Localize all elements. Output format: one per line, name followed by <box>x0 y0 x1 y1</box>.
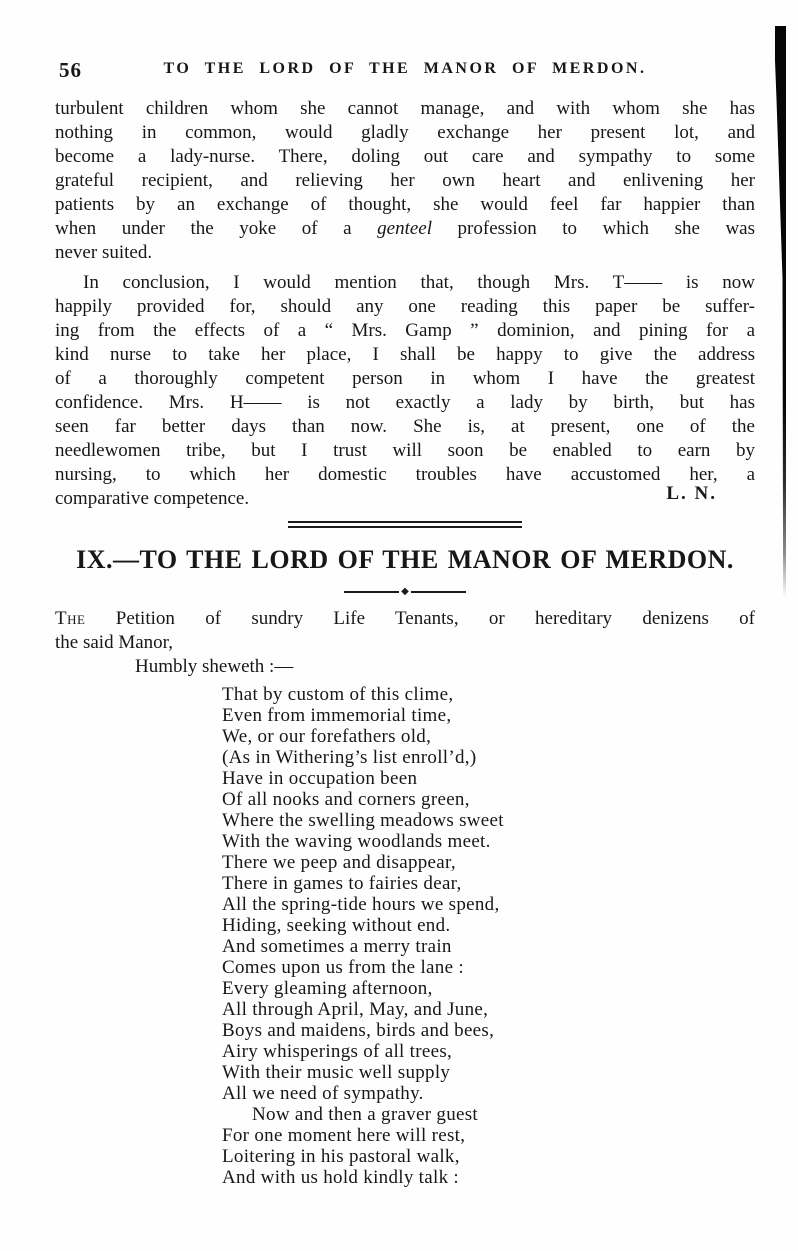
scan-gutter-shadow <box>775 26 786 598</box>
poem-line: And with us hold kindly talk : <box>222 1167 755 1188</box>
poem-line: All the spring-tide hours we spend, <box>222 894 755 915</box>
prose-paragraph-1: turbulent children whom she cannot manag… <box>55 97 755 265</box>
poem-line: Every gleaming afternoon, <box>222 978 755 999</box>
poem-line: For one moment here will rest, <box>222 1125 755 1146</box>
prose-line: seen far better days than now. She is, a… <box>55 415 755 439</box>
poem-line: Even from immemorial time, <box>222 705 755 726</box>
poem-line: With their music well supply <box>222 1062 755 1083</box>
prose-line: comparative competence. <box>55 487 249 511</box>
poem-line: (As in Withering’s list enroll’d,) <box>222 747 755 768</box>
intro-line: Humbly sheweth :— <box>135 655 755 679</box>
poem-line: Loitering in his pastoral walk, <box>222 1146 755 1167</box>
page-header: 56 TO THE LORD OF THE MANOR OF MERDON. <box>55 58 755 85</box>
prose-line: turbulent children whom she cannot manag… <box>55 97 755 121</box>
prose-line: of a thoroughly competent person in whom… <box>55 367 755 391</box>
ornament-line-left <box>344 591 399 593</box>
intro-line-rest: Petition of sundry Life Tenants, or here… <box>85 608 755 629</box>
prose-last-row: comparative competence. L. N. <box>55 487 755 511</box>
poem-line: All through April, May, and June, <box>222 999 755 1020</box>
prose-line: become a lady-nurse. There, doling out c… <box>55 145 755 169</box>
poem-line: Now and then a graver guest <box>222 1104 755 1125</box>
prose-line: never suited. <box>55 241 755 265</box>
poem-line: Comes upon us from the lane : <box>222 957 755 978</box>
poem-line: Where the swelling meadows sweet <box>222 810 755 831</box>
poem-line: Airy whisperings of all trees, <box>222 1041 755 1062</box>
prose-paragraph-2: In conclusion, I would mention that, tho… <box>55 271 755 511</box>
prose-line: nursing, to which her domestic troubles … <box>55 463 755 487</box>
poem-line: Hiding, seeking without end. <box>222 915 755 936</box>
poem-line: All we need of sympathy. <box>222 1083 755 1104</box>
smallcaps-lead-word: The <box>55 608 85 629</box>
intro-line: the said Manor, <box>55 631 755 655</box>
prose-line: happily provided for, should any one rea… <box>55 295 755 319</box>
poem-line: With the waving woodlands meet. <box>222 831 755 852</box>
petition-intro: The Petition of sundry Life Tenants, or … <box>55 607 755 679</box>
poem-line: And sometimes a merry train <box>222 936 755 957</box>
page-number: 56 <box>59 58 82 83</box>
poem-line: Have in occupation been <box>222 768 755 789</box>
prose-line: patients by an exchange of thought, she … <box>55 193 755 217</box>
prose-line: needlewomen tribe, but I trust will soon… <box>55 439 755 463</box>
prose-line: ing from the effects of a “ Mrs. Gamp ” … <box>55 319 755 343</box>
poem-line: Of all nooks and corners green, <box>222 789 755 810</box>
ornament-line-right <box>411 591 466 593</box>
author-signature: L. N. <box>666 482 717 506</box>
prose-line: when under the yoke of a genteel profess… <box>55 217 755 241</box>
section-divider-rule <box>288 521 522 528</box>
poem-line: We, or our forefathers old, <box>222 726 755 747</box>
intro-line: The Petition of sundry Life Tenants, or … <box>55 607 755 631</box>
petition-poem: That by custom of this clime, Even from … <box>222 684 755 1188</box>
poem-line: There we peep and disappear, <box>222 852 755 873</box>
prose-line: nothing in common, would gladly exchange… <box>55 121 755 145</box>
poem-line: There in games to fairies dear, <box>222 873 755 894</box>
diamond-icon: ◆ <box>401 588 409 596</box>
poem-line: Boys and maidens, birds and bees, <box>222 1020 755 1041</box>
prose-line: In conclusion, I would mention that, tho… <box>55 271 755 295</box>
section-heading: IX.—TO THE LORD OF THE MANOR OF MERDON. <box>55 545 755 575</box>
heading-ornament: ◆ <box>344 588 466 596</box>
prose-line: confidence. Mrs. H—— is not exactly a la… <box>55 391 755 415</box>
scanned-page: 56 TO THE LORD OF THE MANOR OF MERDON. t… <box>0 0 798 1251</box>
italic-word: genteel <box>377 218 432 239</box>
prose-line: grateful recipient, and relieving her ow… <box>55 169 755 193</box>
running-title: TO THE LORD OF THE MANOR OF MERDON. <box>55 58 755 78</box>
prose-line-segment: profession to which she was <box>432 218 755 239</box>
prose-line: kind nurse to take her place, I shall be… <box>55 343 755 367</box>
poem-line: That by custom of this clime, <box>222 684 755 705</box>
prose-line-segment: when under the yoke of a <box>55 218 377 239</box>
